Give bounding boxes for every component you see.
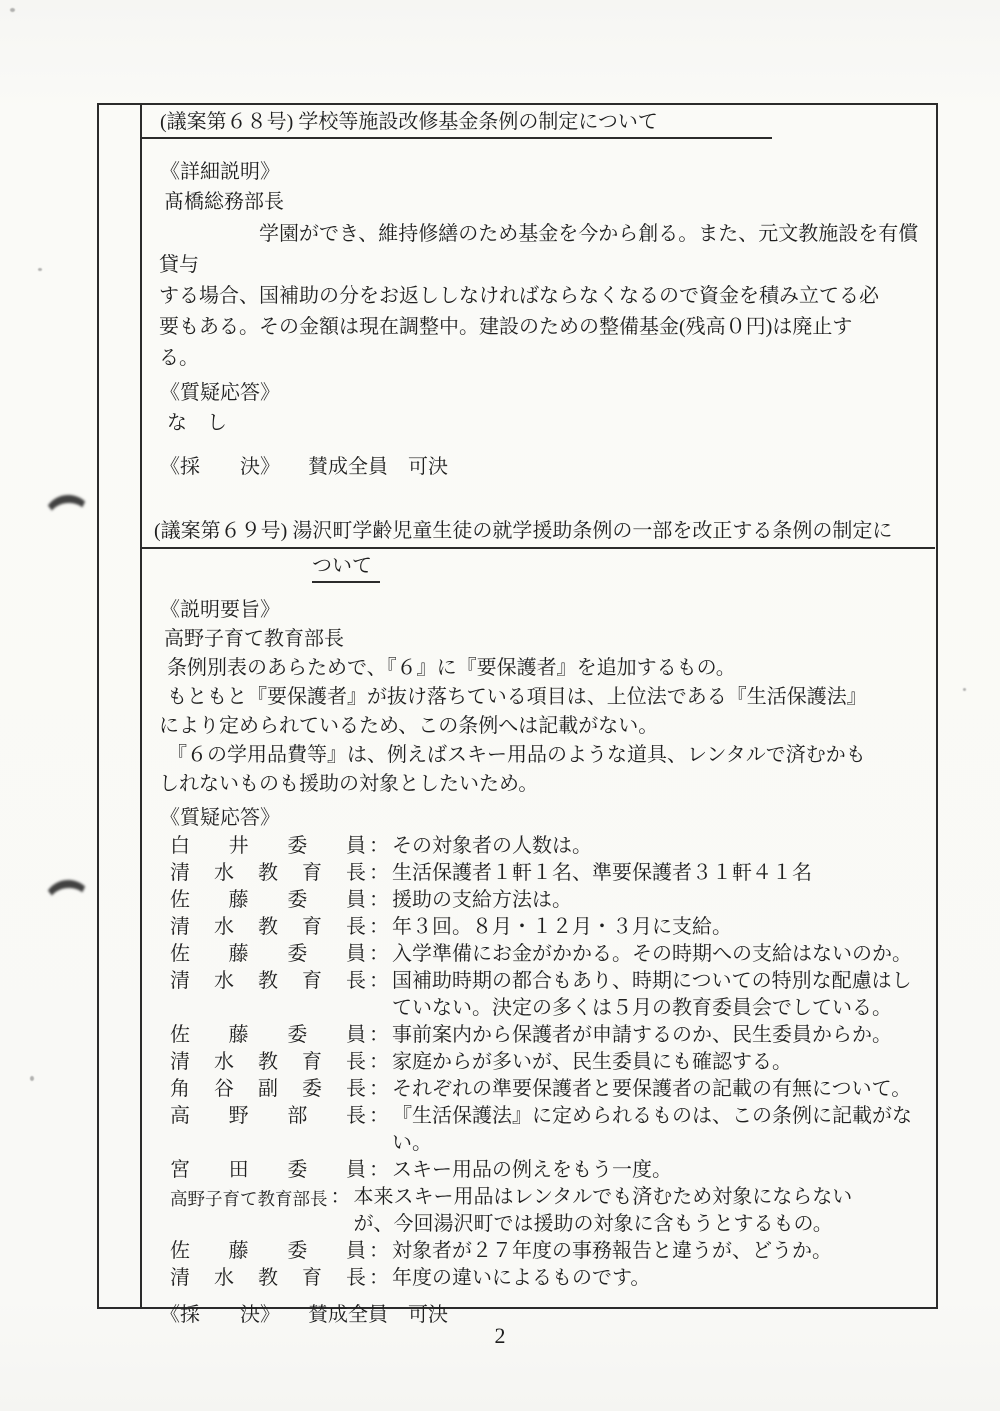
- qa-row: 宮田委員 ： スキー用品の例えをもう一度。: [170, 1157, 936, 1184]
- qa-row: 高野子育て教育部長 ： 本来スキー用品はレンタルでも済むため対象にならない が、…: [170, 1184, 936, 1238]
- qa-colon: ：: [366, 1022, 392, 1049]
- speaker-name: 高野子育て教育部長: [164, 625, 936, 654]
- qa-colon: ：: [366, 887, 392, 914]
- qa-colon: ：: [366, 914, 392, 941]
- qa-list: 白井委員 ： その対象者の人数は。 清水教育長 ： 生活保護者１軒１名、準要保護…: [142, 833, 936, 1292]
- qa-row: 清水教育長 ： 生活保護者１軒１名、準要保護者３１軒４１名: [170, 860, 936, 887]
- qa-speaker: 清水教育長: [170, 914, 366, 941]
- document-frame: (議案第６８号) 学校等施設改修基金条例の制定について 《詳細説明》 髙橋総務部…: [97, 103, 938, 1309]
- qa-speaker: 佐藤委員: [170, 1238, 366, 1265]
- qa-row: 清水教育長 ： 家庭からが多いが、民生委員にも確認する。: [170, 1049, 936, 1076]
- qa-row: 清水教育長 ： 国補助時期の都合もあり、時期についての特別な配慮はし ていない。…: [170, 968, 936, 1022]
- binding-mark-top: [42, 493, 94, 543]
- qa-text: 家庭からが多いが、民生委員にも確認する。: [392, 1049, 936, 1076]
- qa-colon: ：: [366, 941, 392, 968]
- page-number: 2: [0, 1322, 1000, 1350]
- summary-heading: 《説明要旨》: [160, 595, 936, 625]
- qa-text: それぞれの準要保護者と要保護者の記載の有無について。: [392, 1076, 936, 1103]
- qa-text: 『生活保護法』に定められるものは、この条例に記載がな い。: [392, 1103, 936, 1157]
- vote-heading: 《採 決》: [160, 452, 280, 482]
- qa-heading: 《質疑応答》: [160, 803, 936, 833]
- qa-row: 清水教育長 ： 年３回。８月・１２月・３月に支給。: [170, 914, 936, 941]
- qa-colon: ：: [366, 1103, 392, 1130]
- qa-text: 対象者が２７年度の事務報告と違うが、どうか。: [392, 1238, 936, 1265]
- scan-speck: [963, 688, 966, 691]
- qa-row: 佐藤委員 ： 入学準備にお金がかかる。その時期への支給はないのか。: [170, 941, 936, 968]
- qa-speaker: 角谷副委長: [170, 1076, 366, 1103]
- qa-speaker: 高野子育て教育部長: [170, 1184, 328, 1213]
- qa-text: 国補助時期の都合もあり、時期についての特別な配慮はし ていない。決定の多くは５月…: [392, 968, 936, 1022]
- vote-line: 《採 決》 賛成全員 可決: [160, 452, 936, 482]
- qa-text: その対象者の人数は。: [392, 833, 936, 860]
- qa-row: 佐藤委員 ： 事前案内から保護者が申請するのか、民生委員からか。: [170, 1022, 936, 1049]
- qa-row: 佐藤委員 ： 援助の支給方法は。: [170, 887, 936, 914]
- qa-text: 事前案内から保護者が申請するのか、民生委員からか。: [392, 1022, 936, 1049]
- qa-text: 援助の支給方法は。: [392, 887, 936, 914]
- scan-speck: [30, 1076, 34, 1081]
- qa-colon: ：: [366, 1265, 392, 1292]
- qa-heading: 《質疑応答》: [160, 378, 936, 408]
- qa-text: 年度の違いによるものです。: [392, 1265, 936, 1292]
- qa-row: 高野部長 ： 『生活保護法』に定められるものは、この条例に記載がな い。: [170, 1103, 936, 1157]
- qa-text: 入学準備にお金がかかる。その時期への支給はないのか。: [392, 941, 936, 968]
- scanned-minutes-page: (議案第６８号) 学校等施設改修基金条例の制定について 《詳細説明》 髙橋総務部…: [0, 0, 1000, 1411]
- agenda-item-68-title: (議案第６８号) 学校等施設改修基金条例の制定について: [142, 109, 772, 139]
- agenda-item-69-title-line2: ついて: [312, 553, 380, 583]
- qa-text: 年３回。８月・１２月・３月に支給。: [392, 914, 936, 941]
- qa-row: 清水教育長 ： 年度の違いによるものです。: [170, 1265, 936, 1292]
- speaker-name: 髙橋総務部長: [164, 187, 936, 217]
- summary-paragraph: 条例別表のあらためで、『６』に『要保護者』を追加するもの。: [159, 654, 932, 683]
- qa-speaker: 清水教育長: [170, 1049, 366, 1076]
- qa-text: 本来スキー用品はレンタルでも済むため対象にならない が、今回湯沢町では援助の対象…: [354, 1184, 884, 1238]
- binding-mark-bottom: [42, 878, 94, 928]
- qa-speaker: 清水教育長: [170, 1265, 366, 1292]
- document-content: (議案第６８号) 学校等施設改修基金条例の制定について 《詳細説明》 髙橋総務部…: [142, 105, 936, 1307]
- qa-speaker: 清水教育長: [170, 968, 366, 995]
- qa-colon: ：: [366, 1157, 392, 1184]
- qa-speaker: 白井委員: [170, 833, 366, 860]
- qa-text: 生活保護者１軒１名、準要保護者３１軒４１名: [392, 860, 936, 887]
- qa-speaker: 宮田委員: [170, 1157, 366, 1184]
- vote-result: 賛成全員 可決: [308, 452, 448, 482]
- qa-colon: ：: [366, 968, 392, 995]
- qa-colon: ：: [366, 1076, 392, 1103]
- qa-none: な し: [167, 408, 936, 438]
- qa-colon: ：: [366, 833, 392, 860]
- qa-colon: ：: [328, 1184, 354, 1211]
- scan-speck: [10, 8, 15, 12]
- qa-speaker: 高野部長: [170, 1103, 366, 1130]
- qa-speaker: 清水教育長: [170, 860, 366, 887]
- detail-heading: 《詳細説明》: [160, 157, 936, 187]
- qa-colon: ：: [366, 860, 392, 887]
- qa-row: 白井委員 ： その対象者の人数は。: [170, 833, 936, 860]
- qa-speaker: 佐藤委員: [170, 1022, 366, 1049]
- summary-paragraph: もともと『要保護者』が抜け落ちている項目は、上位法である『生活保護法』 により定…: [159, 683, 932, 741]
- qa-speaker: 佐藤委員: [170, 887, 366, 914]
- qa-row: 角谷副委長 ： それぞれの準要保護者と要保護者の記載の有無について。: [170, 1076, 936, 1103]
- qa-row: 佐藤委員 ： 対象者が２７年度の事務報告と違うが、どうか。: [170, 1238, 936, 1265]
- qa-colon: ：: [366, 1238, 392, 1265]
- qa-speaker: 佐藤委員: [170, 941, 366, 968]
- agenda-item-69-title-line1: (議案第６９号) 湯沢町学齢児童生徒の就学援助条例の一部を改正する条例の制定に: [142, 518, 935, 549]
- summary-paragraph: 『６の学用品費等』は、例えばスキー用品のような道具、レンタルで済むかも しれない…: [159, 741, 932, 799]
- scan-speck: [38, 268, 42, 271]
- detail-paragraph: 学園ができ、維持修繕のため基金を今から創る。また、元文教施設を有償貸与 する場合…: [159, 219, 930, 374]
- qa-text: スキー用品の例えをもう一度。: [392, 1157, 936, 1184]
- qa-colon: ：: [366, 1049, 392, 1076]
